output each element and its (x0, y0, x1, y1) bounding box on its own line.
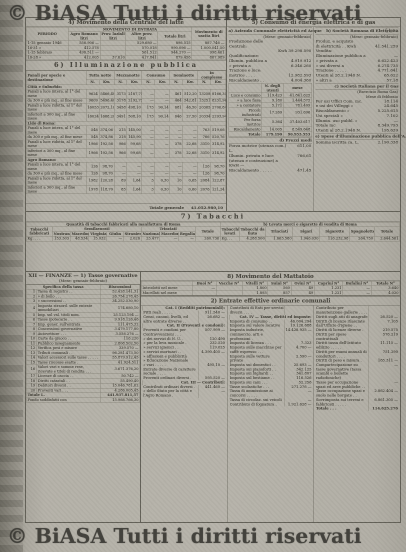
table-cell: 179.190 (262, 132, 284, 137)
table-cell: 4.700 — (285, 346, 312, 355)
table-cell: 498,10 (127, 103, 142, 112)
table-cell: — (170, 126, 183, 135)
table-cell: Fanali a luce ridotta, al 1° del mese (26, 176, 86, 185)
table-cell: Fondo soddisfatti con (26, 398, 100, 403)
book-spine-shadow (0, 0, 23, 552)
table-cell: Kg. . . (220, 236, 239, 241)
finanze-table: Specifica della tassaRiscossioni1Tassa d… (26, 285, 140, 403)
table-cell: 23.477 (141, 236, 160, 241)
bottom-section: XII — FINANZE — 1) Tasse governative (Me… (26, 272, 400, 522)
table-row: Somma iscritta ca. L.2.190.338 (315, 140, 398, 145)
content-frame: 4) Movimento della Centrale del latte PE… (25, 17, 401, 523)
table-cell (193, 291, 216, 296)
table-row: inferiori a 300 mq., al fine mese1978118… (26, 185, 226, 194)
table-cell: — (142, 149, 155, 158)
entrate-col-2: Contributi di Enti per servizi diversi .… (228, 306, 315, 522)
scanned-bulletin-page: { "watermark": "© BiASA Tutti i diritti … (0, 0, 406, 552)
table-cell: 0,65 (183, 176, 198, 185)
energia-col-societa: b) Società Romana di Elettricità(Mese: g… (314, 27, 400, 211)
table-cell: 9624 (86, 89, 99, 98)
table-cell: 520,76 (211, 135, 226, 140)
illuminazione-title: 6) Illuminazione pubblica (26, 60, 226, 71)
table-cell: 2192,75 (127, 98, 142, 103)
table-cell: — (170, 162, 183, 171)
table-cell: 1966 (86, 149, 99, 158)
table-cell: Luce e consumo (229, 93, 262, 98)
mattatoio-table: Buoi N°Vacche N°Vitelli N°Suini N°Ovini … (141, 281, 400, 296)
table-cell: 374,06 (99, 126, 114, 135)
table-cell: 1.946.030 (293, 236, 320, 241)
table-cell: 192,56 (99, 140, 114, 149)
table-cell: — (142, 126, 155, 135)
table-cell: 10 (170, 176, 183, 185)
table-cell: 27,50 (183, 112, 198, 121)
table-cell: 8231,96 (211, 98, 226, 103)
table-cell: 1,64 (127, 176, 142, 185)
table-cell: 2084 (198, 176, 211, 185)
entrate-pairs-1: Cat. I (Redditi patrimoniali):Fitti real… (143, 306, 226, 398)
table-cell: » dello Stato per la città e l'Agro Roma… (143, 389, 198, 398)
table-cell: 3 (142, 185, 155, 194)
table-cell: 48.534 (70, 236, 89, 241)
table-cell: 2072,10 (99, 103, 114, 112)
table-cell (280, 39, 312, 49)
entrate-columns: Cat. I (Redditi patrimoniali):Fitti real… (141, 306, 400, 522)
table-cell: Totale (229, 132, 262, 137)
table-cell: — (198, 389, 225, 398)
table-cell: 20365 (198, 103, 211, 112)
table-cell: Imposta industrie, commercio, arti e pro… (229, 328, 284, 341)
table-cell (229, 83, 262, 93)
table-cell: 1.663.580 (266, 236, 293, 241)
table-cell: Spagnolette (350, 227, 375, 236)
panel-energia: 5) Consumo di energia elettrica e di gas… (227, 18, 400, 211)
table-row: 4Imposta straord. sulle entrate immobili… (26, 304, 140, 313)
table-cell: 2.190.338 (367, 140, 399, 145)
table-cell: 3178 (114, 98, 127, 103)
table-cell: 2187,75 (127, 89, 142, 98)
table-cell: 153.303 (52, 236, 70, 241)
table-cell: 763 (198, 126, 211, 135)
table-cell: 519,06 (211, 126, 226, 135)
table-cell: 766,61 (287, 153, 312, 168)
watermark-bottom: © BiASA Tutti i diritti riservati (7, 524, 362, 548)
table-row: Contributo di fognatura .1.921.628 — (229, 402, 312, 406)
table-cell: 3458 (114, 103, 127, 112)
table-cell: 120,28 (99, 176, 114, 185)
table-cell: — (155, 126, 170, 135)
table-cell: 174.680,10 (100, 304, 140, 313)
table-cell: Tabacchi levati (220, 227, 239, 236)
table-row: Fanali a luce intera, al 1° del mese9624… (26, 89, 226, 98)
table-cell: — (183, 126, 198, 135)
table-cell: Tutta notte (86, 71, 114, 80)
table-cell: — (142, 162, 155, 171)
illuminazione-total: Totale generale 41.052.980,10 (26, 204, 226, 212)
energia-columns: a) Azienda Comunale elettricità ed Acque… (227, 27, 400, 211)
table-row: Fondo soddisfatti con15.968.766,30 (26, 398, 140, 403)
table-cell: 3 (142, 176, 155, 185)
table-cell: 3310 (198, 149, 211, 158)
table-cell: 173 (142, 103, 155, 112)
table-cell: Riscaldamento . . . . . (229, 168, 287, 173)
table-cell: Fanali a luce intera, al 1° del mese (26, 89, 86, 98)
table-cell: Fanali a luce ridotta, al 1° del mese (26, 103, 86, 112)
table-cell: Prov. laziali litri (100, 32, 126, 41)
table-row: Fanali a luce intera, al 1° del mese5483… (26, 126, 226, 135)
table-cell: 8166,35 (211, 89, 226, 98)
table-cell: 0,30 (155, 176, 170, 185)
table-cell: 16 (26, 365, 36, 374)
table-cell: 5496,40 (99, 98, 114, 103)
table-cell: 966 (114, 140, 127, 149)
table-cell: 314,92 (211, 149, 226, 158)
table-row: Totale . . .114.625.276 (316, 407, 399, 411)
table-cell: — (155, 140, 170, 149)
table-cell: 461 (170, 89, 183, 98)
table-row: Totale179.19090.953.553 (229, 132, 312, 137)
table-cell: Macellati nel mese (141, 291, 193, 296)
table-cell: inferiori a 300 mq., al fine mese (26, 149, 86, 158)
table-row: e) Spese d'illuminazione pubblica dell'A… (315, 133, 398, 139)
table-cell: Per forza motrice (229, 117, 262, 127)
table-cell: — (369, 363, 399, 380)
table-cell: — (155, 149, 170, 158)
table-row: Fanali a luce ridotta, al 1° del mese160… (26, 103, 226, 112)
table-cell: — (179, 236, 195, 241)
table-cell: Movimento di uscita litri (192, 27, 226, 41)
table-cell: Mezzanotte (114, 71, 142, 80)
table-row: Imposta sulle macchine per caffè espress… (229, 346, 312, 355)
table-cell: — (343, 291, 371, 296)
table-cell: 118,70 (99, 185, 114, 194)
energia-societa-lines: b) Società Romana di Elettricità(Mese: g… (315, 28, 398, 145)
table-cell: 966 (114, 149, 127, 158)
table-cell: 192,56 (99, 149, 114, 158)
table-cell: 4.020 (371, 291, 399, 296)
tabacchi-table: Quantità di tabacchi fabbricati alla man… (26, 222, 400, 241)
table-cell: 264.750 (350, 236, 375, 241)
table-cell: 4.288.500 (239, 236, 266, 241)
table-cell: 9609 (86, 98, 99, 103)
energia-utenti-table: N. degli utentimeseLuce e consumo119.423… (229, 83, 312, 137)
table-cell: Utenti al 28.2.1946 N. (315, 128, 367, 133)
table-cell: Kg. . . . (26, 236, 52, 241)
panel-entrate: 2) Entrate effettive ordinarie comunali … (141, 297, 400, 522)
table-row: Riscaldamento14.0058.549.648 (229, 127, 312, 132)
table-row: inferiori a 300 mq., al fine mese1602416… (26, 112, 226, 121)
table-cell: 378 (170, 140, 183, 149)
table-cell: 37.403.617 (283, 117, 311, 127)
table-row: Macellati nel mese1.893857491.221—4.020 (141, 291, 400, 296)
table-cell: Seminotte (170, 71, 198, 80)
table-cell: 542,81 (183, 98, 198, 103)
table-cell: 90.953.553 (283, 132, 311, 137)
table-cell: 14.428.935 — (285, 328, 312, 341)
table-cell: 611,00 (287, 143, 312, 153)
entrate-pairs-3: Contributo per manutenzione gallerie . .… (316, 306, 399, 411)
table-row: Luce e consumo119.42341.841.625 (229, 93, 312, 98)
table-cell: Altre prov. litri (126, 32, 158, 41)
table-cell: 98,70 (211, 162, 226, 171)
table-cell: 1668,20 (99, 112, 114, 121)
table-row: a) Azienda Comunale elettricità ed Acque (229, 28, 312, 34)
table-cell: 681 (170, 103, 183, 112)
mattatoio-title: 8) Movimento del Mattatoio (141, 272, 400, 281)
table-cell: 99,68 (127, 149, 142, 158)
table-row: PERIODOMOVIMENTO DI ENTRATAMovimento di … (26, 27, 226, 32)
table-cell: 122,87 (211, 176, 226, 185)
table-cell: 508,10 (127, 112, 142, 121)
table-row: Fanali a luce ridotta, al 1° del mese198… (26, 176, 226, 185)
table-cell: 2706,84 (211, 103, 226, 112)
table-row: Fanali per specie e destinazioneTutta no… (26, 71, 226, 80)
entrate-col-3: Contributo per manutenzione gallerie . .… (314, 306, 400, 522)
table-cell: Contributo di fognatura . (229, 402, 284, 406)
entrate-title: 2) Entrate effettive ordinarie comunali (141, 297, 400, 306)
tabacchi-section: 7) Tabacchi Quantità di tabacchi fabbric… (26, 212, 400, 272)
table-cell: Trinciati (266, 227, 293, 236)
table-cell: Vacche N° (216, 281, 242, 286)
table-cell: 16053 (86, 103, 99, 112)
table-cell: Totale (374, 227, 399, 236)
table-cell: 2.026 (123, 236, 141, 241)
table-cell: 378 (170, 149, 183, 158)
table-cell: Tabacchi fabbricati (26, 227, 52, 236)
table-row: Kg. . . .153.30348.53415.032—2.02623.477… (26, 236, 400, 241)
table-cell: 46,50 (183, 103, 198, 112)
table-cell: 646 (170, 112, 183, 121)
table-cell: 2293,94 (211, 112, 226, 121)
table-cell: 0,60 (183, 185, 198, 194)
table-cell: Totale litri (158, 32, 192, 41)
table-cell: 116.232,98 (320, 236, 350, 241)
table-cell: 145,00 (127, 126, 142, 135)
table-row: Piccoli industriali17.269931.696 (229, 108, 312, 118)
latte-table: PERIODOMOVIMENTO DI ENTRATAMovimento di … (26, 27, 226, 60)
table-cell: 98,70 (99, 162, 114, 171)
table-cell: 857 (268, 291, 291, 296)
table-cell: 1966 (86, 140, 99, 149)
table-cell: 17.269 (262, 108, 284, 118)
table-cell: 126 (198, 162, 211, 171)
table-cell: inferiori a 300 mq., al fine mese (26, 185, 86, 194)
table-row: Illumin. privata e luce (utenza e costru… (229, 153, 312, 168)
table-cell: — (155, 89, 170, 98)
table-cell: Imposta sulle macchine per caffè espress… (229, 346, 284, 355)
table-cell: — (160, 236, 179, 241)
table-row: Imposta industrie, commercio, arti e pro… (229, 328, 312, 341)
table-cell: 99,68 (127, 140, 142, 149)
table-cell: Illumin. privata e luce (utenza e costru… (229, 153, 287, 168)
table-cell: Fanali a luce intera, al 1° del mese (26, 162, 86, 171)
entrate-pairs-2: Contributi di Enti per servizi diversi .… (229, 306, 312, 406)
table-cell: Tabacchi da fiuto (239, 227, 266, 236)
table-cell: Sigari (293, 227, 320, 236)
panel-centrale-latte: 4) Movimento della Centrale del latte PE… (26, 18, 227, 211)
table-cell: N. degli utenti (262, 83, 284, 93)
table-cell: b) Società Romana di Elettricità (315, 28, 398, 34)
table-cell: Imposta straord. sulle entrate immobilia… (36, 304, 100, 313)
table-cell: Fanali per specie e destinazione (26, 71, 86, 85)
table-cell: 5466,40 (99, 89, 114, 98)
table-row: 16Valori vari e somme rese, ricevute e t… (26, 365, 140, 374)
illuminazione-total-label: Totale generale (149, 205, 184, 210)
table-cell: 471,45 (287, 168, 312, 173)
table-cell: inferiori a 300 mq., al fine mese (26, 112, 86, 121)
table-cell: 1.893 (242, 291, 268, 296)
table-cell: 3173 (114, 89, 127, 98)
table-cell: 20334 (198, 112, 211, 121)
tabacchi-title: 7) Tabacchi (26, 212, 400, 222)
table-cell: 13258 (198, 89, 211, 98)
table-cell: mese (283, 83, 311, 93)
table-cell: 114.625.276 (369, 407, 399, 411)
table-cell: Proventi e condoni per Contravvenzioni .… (143, 328, 198, 337)
watermark-top: © BiASA Tutti i diritti riservati (7, 1, 362, 25)
table-cell: 3310 (198, 140, 211, 149)
table-cell: 374,86 (99, 135, 114, 140)
table-row: Proventi e condoni per Contravvenzioni .… (143, 328, 226, 337)
table-cell: 22,68 (183, 140, 198, 149)
energia-prezzi-lines: d) Prezzi mediForza motrice (utenza com.… (229, 137, 312, 173)
table-cell: 16024 (86, 112, 99, 121)
table-cell: — (142, 140, 155, 149)
table-row: inferiori a 300 mq., al fine mese1966192… (26, 149, 226, 158)
table-cell: 2076 (198, 185, 211, 194)
table-cell: a) Azienda Comunale elettricità ed Acque (229, 28, 312, 34)
table-cell: Forza motrice (utenza com.) L. (229, 143, 287, 153)
table-cell: 512,20 (183, 89, 198, 98)
table-cell: 126 (86, 162, 99, 171)
table-cell: 3.671.376,20 (100, 365, 140, 374)
table-cell (216, 291, 242, 296)
table-cell: — (107, 236, 123, 241)
table-cell: 90,14 (155, 112, 170, 121)
table-cell: 15.968.766,30 (100, 398, 140, 403)
table-row: » dello Stato per la città e l'Agro Roma… (143, 389, 226, 398)
table-cell: Compartecipazione su tasse governative (… (316, 363, 369, 380)
table-cell: Fanali a luce intera, al 1° del mese (26, 126, 86, 135)
table-cell: 548 (86, 126, 99, 135)
illuminazione-total-value: 41.052.980,10 (191, 205, 223, 210)
table-cell: 145,90 (127, 135, 142, 140)
top-section: 4) Movimento della Centrale del latte PE… (26, 18, 400, 212)
table-cell: Produzione delle Centrali: (229, 39, 281, 49)
table-row: Forza motrice (utenza com.) L.611,00 (229, 143, 312, 153)
table-cell: 49 (291, 291, 314, 296)
table-row: Fanali a luce intera, al 1° del mese1269… (26, 162, 226, 171)
table-cell: Consumo (142, 71, 170, 80)
table-cell: Fanali a luce ridotta, al 1° del mese (26, 140, 86, 149)
table-cell: — (127, 162, 142, 171)
table-cell: 215 (114, 126, 127, 135)
table-cell: 507.999 — (198, 328, 225, 337)
table-cell: Totale (195, 227, 220, 236)
table-cell: 90,14 (155, 103, 170, 112)
table-row: b) Società Romana di Elettricità (315, 28, 398, 34)
energia-acea-lines: a) Azienda Comunale elettricità ed Acque… (229, 28, 312, 83)
table-cell: 314,92 (211, 140, 226, 149)
table-cell: 4.390.405 — (198, 350, 225, 354)
table-cell: 10 (170, 185, 183, 194)
table-cell: 260.736 (195, 236, 220, 241)
table-cell: 1978 (86, 185, 99, 194)
table-row: Compartecipazione su tasse governative (… (316, 363, 399, 380)
table-cell: 0,30 (155, 185, 170, 194)
table-cell: 3491 (114, 112, 127, 121)
table-cell: 2.644.561 (374, 236, 399, 241)
table-row: N. degli utentimese (229, 83, 312, 93)
table-cell: — (114, 162, 127, 171)
energia-col-acea: a) Azienda Comunale elettricità ed Acque… (227, 27, 314, 211)
table-cell: 931.696 (283, 108, 311, 118)
table-row: Produzione delle Centrali: (229, 39, 312, 49)
table-cell: 22,68 (183, 149, 198, 158)
table-cell: — (183, 162, 198, 171)
table-cell: 121,24 (211, 185, 226, 194)
table-cell: Piccoli industriali (229, 108, 262, 118)
table-cell: 15.032 (89, 236, 107, 241)
table-cell: — (155, 162, 170, 171)
table-cell: Agro Romano litri (68, 32, 100, 41)
panel-mattatoio: 8) Movimento del Mattatoio Buoi N°Vacche… (141, 272, 400, 297)
page-scan: © BiASA Tutti i diritti riservati 15 4) … (0, 0, 406, 552)
table-cell: Riscaldamento (229, 127, 262, 132)
table-cell: Sigarette (320, 227, 350, 236)
table-cell: 13251 (198, 98, 211, 103)
illuminazione-table: Fanali per specie e destinazioneTutta no… (26, 71, 226, 195)
table-cell: — (142, 89, 155, 98)
table-row: Fanali a luce ridotta, al 1° del mese196… (26, 140, 226, 149)
table-cell: Valori vari e somme rese, ricevute e tit… (36, 365, 100, 374)
table-row: Utenti al 28.2.1946 N.195.639 (315, 128, 398, 133)
table-cell: 173 (142, 112, 155, 121)
table-cell: Somma iscritta ca. L. (315, 140, 367, 145)
table-cell: In complesso (198, 71, 226, 80)
table-row: Per forza motrice5.36437.403.617 (229, 117, 312, 127)
table-cell: 85 (114, 185, 127, 194)
table-cell: e) Spese d'illuminazione pubblica dell'A… (315, 133, 398, 139)
table-cell: PERIODO (26, 27, 68, 41)
table-cell: 1982 (86, 176, 99, 185)
bottom-right-area: 8) Movimento del Mattatoio Buoi N°Vacche… (141, 272, 400, 522)
panel-finanze: XII — FINANZE — 1) Tasse governative (Me… (26, 272, 141, 522)
table-cell: 89 (114, 176, 127, 185)
table-row: Riscaldamento . . . . .471,45 (229, 168, 312, 173)
table-cell: 4 (26, 304, 36, 313)
entrate-col-1: Cat. I (Redditi patrimoniali):Fitti real… (141, 306, 228, 522)
table-cell: 1.221 (314, 291, 342, 296)
table-cell: 1.921.628 — (285, 402, 312, 406)
table-cell: 1,64 (127, 185, 142, 194)
table-cell: Totale . . . (316, 407, 369, 411)
table-cell: 5.364 (262, 117, 284, 127)
